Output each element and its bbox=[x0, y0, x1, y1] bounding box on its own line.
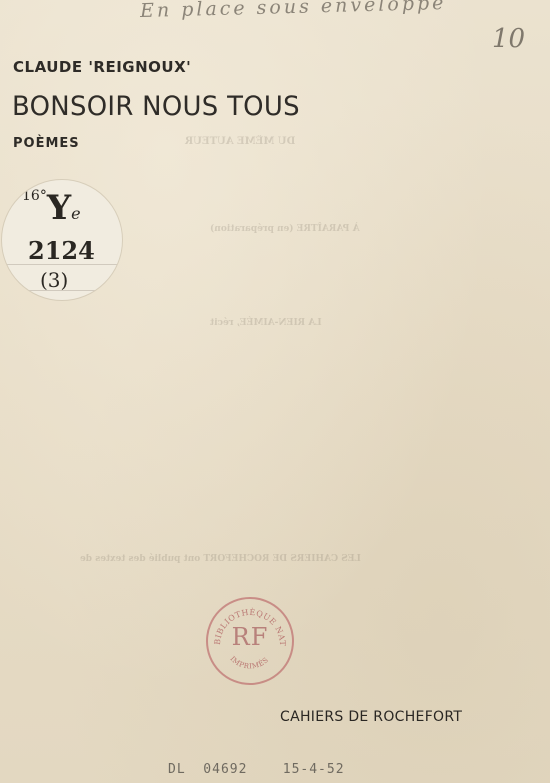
stamp-center: RF bbox=[208, 623, 292, 651]
shelfmark-label: 16°Ye 2124 (3) bbox=[2, 180, 122, 300]
author-name: CLAUDE 'REIGNOUX' bbox=[13, 58, 191, 76]
shelfmark-letter: Y bbox=[47, 188, 71, 228]
handwritten-note: En place sous enveloppe bbox=[140, 0, 447, 22]
svg-text:IMPRIMÉS: IMPRIMÉS bbox=[228, 655, 270, 671]
show-through-text: LA RIEN-AIMÉE, récit bbox=[210, 318, 322, 328]
legal-deposit-mark: DL 04692 15-4-52 bbox=[168, 762, 345, 777]
book-subtitle: POÈMES bbox=[13, 136, 80, 151]
publisher-name: CAHIERS DE ROCHEFORT bbox=[280, 709, 462, 725]
document-page: En place sous enveloppe 10 CLAUDE 'REIGN… bbox=[0, 0, 550, 783]
library-stamp: BIBLIOTHÈQUE NATIONALE IMPRIMÉS RF bbox=[206, 597, 294, 685]
shelfmark-suffix: e bbox=[71, 204, 80, 223]
show-through-text: À PARAÎTRE (en préparation) bbox=[210, 224, 360, 234]
show-through-text: LES CAHIERS DE ROCHEFORT ont publié des … bbox=[80, 554, 361, 564]
book-title: BONSOIR NOUS TOUS bbox=[12, 91, 300, 122]
shelfmark-volume: (3) bbox=[40, 268, 68, 292]
shelfmark-prefix: 16° bbox=[22, 188, 47, 204]
handwritten-number: 10 bbox=[492, 24, 525, 54]
show-through-text: DU MÊME AUTEUR bbox=[185, 136, 295, 147]
shelfmark-class: 16°Ye bbox=[22, 188, 81, 228]
shelfmark-number: 2124 bbox=[28, 236, 95, 265]
